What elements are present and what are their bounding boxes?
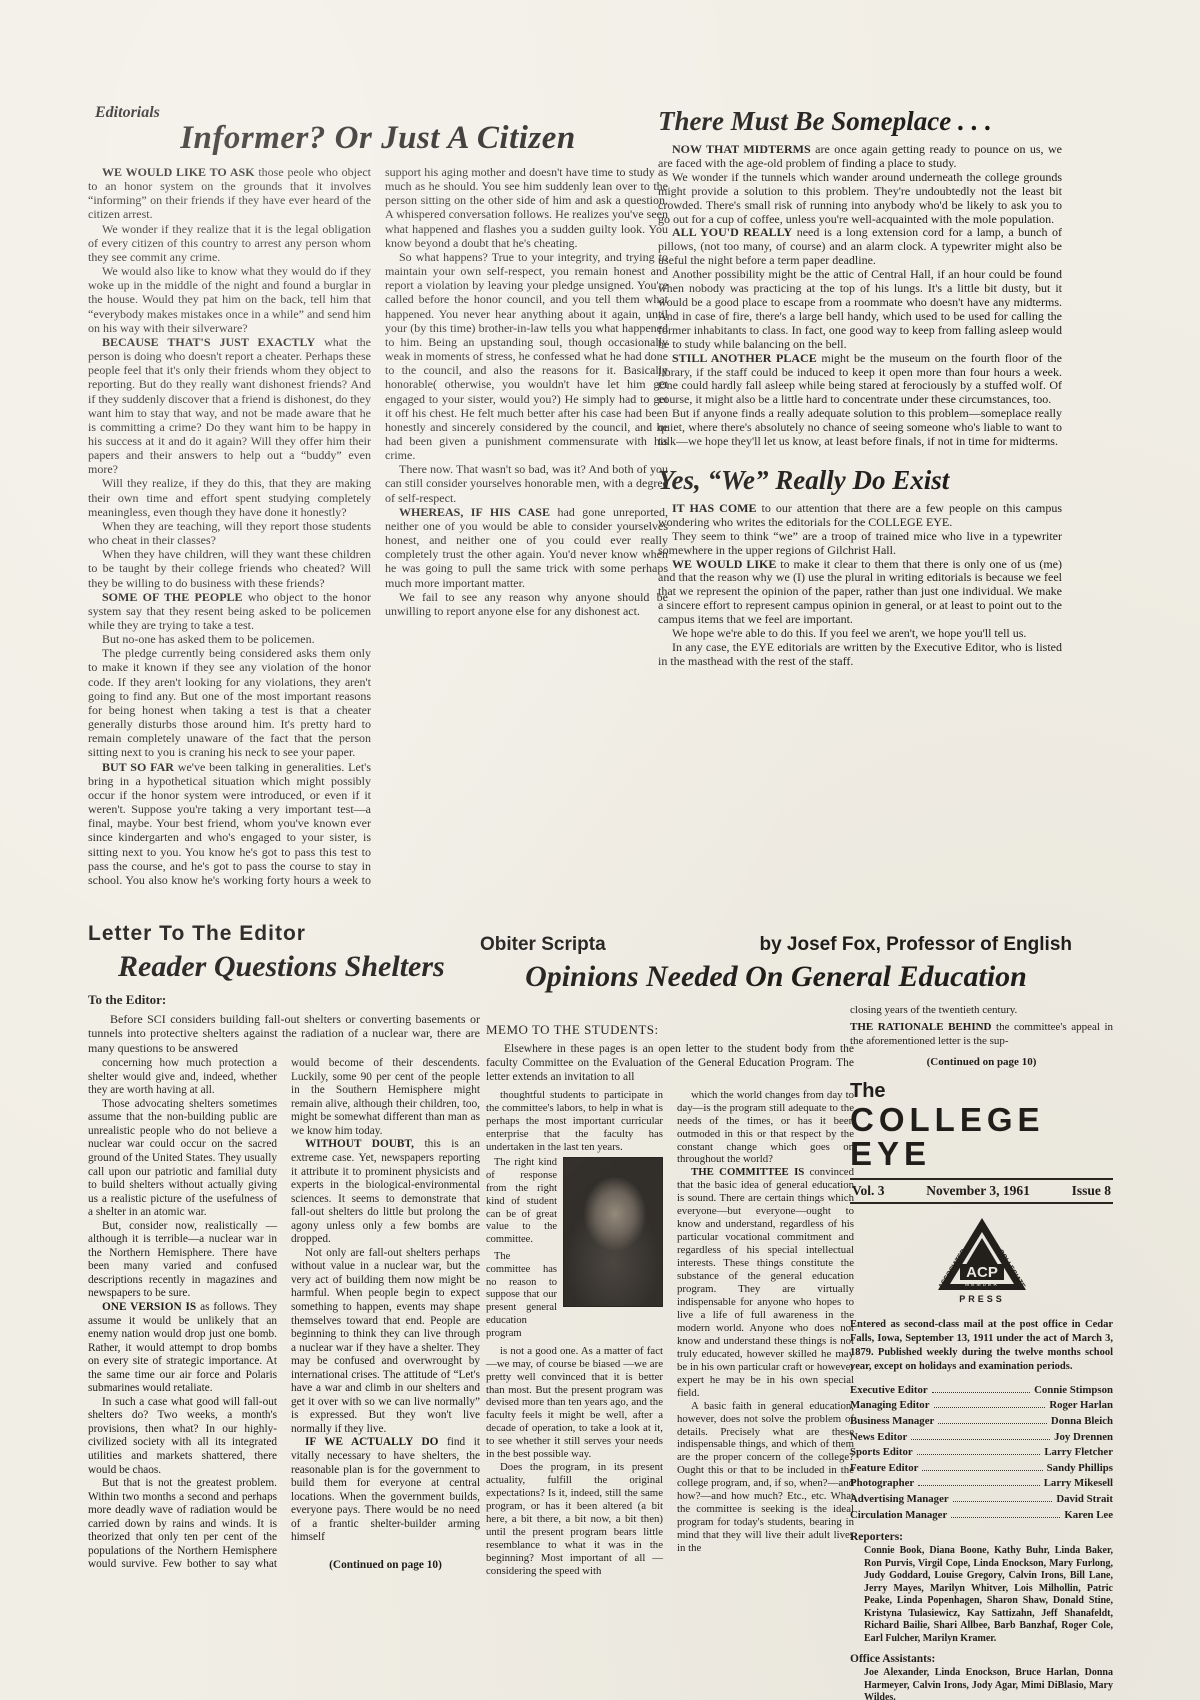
- staff-row: News EditorJoy Drennen: [850, 1430, 1113, 1446]
- paragraph: But if anyone finds a really adequate so…: [658, 407, 1062, 449]
- article-body: NOW THAT MIDTERMS are once again getting…: [658, 143, 1062, 449]
- article-yes-we: Yes, “We” Really Do Exist IT HAS COME to…: [658, 465, 1062, 669]
- paragraph: We fail to see any reason why anyone sho…: [385, 590, 668, 618]
- paragraph: Those advocating shelters sometimes assu…: [88, 1098, 277, 1220]
- date: November 3, 1961: [926, 1183, 1030, 1199]
- volume-line: Vol. 3 November 3, 1961 Issue 8: [850, 1180, 1113, 1202]
- paragraph: thoughtful students to participate in th…: [486, 1089, 663, 1154]
- letter-kicker: Letter To The Editor: [88, 922, 480, 946]
- article-opinions-body: MEMO TO THE STUDENTS: Elsewhere in these…: [486, 1022, 854, 1578]
- staff-row: Feature EditorSandy Phillips: [850, 1461, 1113, 1477]
- paragraph: is not a good one. As a matter of fact—w…: [486, 1345, 663, 1462]
- article-body: WE WOULD LIKE TO ASK those peole who obj…: [88, 165, 668, 895]
- continued-note: (Continued on page 10): [291, 1559, 480, 1573]
- paragraph: BECAUSE THAT'S JUST EXACTLY what the per…: [88, 335, 371, 477]
- paragraph: Another possibility might be the attic o…: [658, 268, 1062, 351]
- article-headline: Reader Questions Shelters: [118, 950, 480, 984]
- staff-row: Executive EditorConnie Stimpson: [850, 1383, 1113, 1399]
- opinions-columns: thoughtful students to participate in th…: [486, 1089, 854, 1578]
- article-body: IT HAS COME to our attention that there …: [658, 502, 1062, 669]
- paragraph: So what happens? True to your integrity,…: [385, 250, 668, 462]
- intro-paragraph: Elsewhere in these pages is an open lett…: [486, 1042, 854, 1085]
- opinions-column-1: thoughtful students to participate in th…: [486, 1089, 663, 1578]
- photo-row: The right kind of response from the righ…: [486, 1157, 663, 1344]
- article-letter-shelters: Letter To The Editor Reader Questions Sh…: [88, 922, 480, 1572]
- entered-as-notice: Entered as second-class mail at the post…: [850, 1318, 1113, 1375]
- svg-text:PRESS: PRESS: [959, 1294, 1005, 1304]
- continued-note: (Continued on page 10): [850, 1056, 1113, 1069]
- paragraph: They seem to think “we” are a troop of t…: [658, 530, 1062, 558]
- office-assistants-label: Office Assistants:: [850, 1653, 1113, 1665]
- salutation: To the Editor:: [88, 992, 480, 1008]
- issue: Issue 8: [1072, 1183, 1111, 1199]
- paragraph: But, consider now, realistically —althou…: [88, 1220, 277, 1301]
- opinions-byline: by Josef Fox, Professor of English: [759, 934, 1072, 956]
- svg-text:MEMBER: MEMBER: [965, 1282, 999, 1288]
- article-opinions-header: Obiter Scripta by Josef Fox, Professor o…: [480, 934, 1072, 994]
- paragraph: WE WOULD LIKE TO ASK those peole who obj…: [88, 165, 371, 222]
- opinions-column-2: which the world changes from day to day—…: [677, 1089, 854, 1578]
- acp-press-logo: ACP MEMBER ASSOCIATED COLLEGIATE PRESS: [850, 1212, 1113, 1308]
- newspaper-page: Editorials Informer? Or Just A Citizen W…: [0, 0, 1200, 1700]
- paragraph: NOW THAT MIDTERMS are once again getting…: [658, 143, 1062, 171]
- paragraph: closing years of the twentieth century.: [850, 1004, 1113, 1017]
- right-editorial-column: There Must Be Someplace . . . NOW THAT M…: [658, 106, 1062, 669]
- photo-side-text: The right kind of response from the righ…: [486, 1157, 557, 1344]
- paragraph: The right kind of response from the righ…: [486, 1157, 557, 1247]
- paragraph: THE COMMITTEE IS convinced that the basi…: [677, 1166, 854, 1399]
- paragraph: Does the program, in its present actuali…: [486, 1461, 663, 1578]
- intro-paragraph: Before SCI considers building fall-out s…: [88, 1012, 480, 1055]
- article-someplace: There Must Be Someplace . . . NOW THAT M…: [658, 106, 1062, 449]
- article-headline: Opinions Needed On General Education: [480, 960, 1072, 994]
- opinions-kicker: Obiter Scripta: [480, 934, 606, 956]
- article-headline: Yes, “We” Really Do Exist: [658, 465, 1062, 496]
- paragraph: Will they realize, if they do this, that…: [88, 476, 371, 518]
- paragraph: The pledge currently being considered as…: [88, 646, 371, 759]
- paragraph: STILL ANOTHER PLACE might be the museum …: [658, 352, 1062, 408]
- paragraph: ONE VERSION IS as follows. They assume i…: [88, 1301, 277, 1396]
- article-headline: Informer? Or Just A Citizen: [88, 120, 668, 157]
- article-informer: Informer? Or Just A Citizen WE WOULD LIK…: [88, 120, 668, 895]
- paragraph: WE WOULD LIKE to make it clear to them t…: [658, 558, 1062, 628]
- reporters-names: Connie Book, Diana Boone, Kathy Buhr, Li…: [864, 1545, 1113, 1645]
- paragraph: IT HAS COME to our attention that there …: [658, 502, 1062, 530]
- paragraph: A basic faith in general education, howe…: [677, 1400, 854, 1555]
- paragraph: In any case, the EYE editorials are writ…: [658, 641, 1062, 669]
- paragraph: We wonder if they realize that it is the…: [88, 222, 371, 264]
- paper-title: COLLEGE EYE: [850, 1103, 1113, 1172]
- paragraph: Not only are fall-out shelters perhaps w…: [291, 1247, 480, 1437]
- paragraph: concerning how much protection a shelter…: [88, 1057, 277, 1098]
- staff-row: Circulation ManagerKaren Lee: [850, 1508, 1113, 1524]
- masthead-column: closing years of the twentieth century. …: [850, 1004, 1113, 1700]
- paragraph: When they have children, will they want …: [88, 547, 371, 589]
- paragraph: The committee has no reason to suppose t…: [486, 1251, 557, 1341]
- paragraph: IF WE ACTUALLY DO find it vitally necess…: [291, 1436, 480, 1544]
- office-assistants-names: Joe Alexander, Linda Enockson, Bruce Har…: [864, 1667, 1113, 1700]
- rule: [850, 1202, 1113, 1204]
- paragraph: WHEREAS, IF HIS CASE had gone unreported…: [385, 505, 668, 590]
- svg-text:ACP: ACP: [966, 1264, 998, 1281]
- paragraph: In such a case what good will fall-out s…: [88, 1396, 277, 1477]
- paragraph: ALL YOU'D REALLY need is a long extensio…: [658, 226, 1062, 268]
- paragraph: We wonder if the tunnels which wander ar…: [658, 171, 1062, 227]
- paper-title-the: The: [850, 1080, 1113, 1103]
- paragraph: There now. That wasn't so bad, was it? A…: [385, 462, 668, 504]
- paragraph: But no-one has asked them to be policeme…: [88, 632, 371, 646]
- josef-fox-photo: [563, 1157, 663, 1307]
- staff-row: Business ManagerDonna Bleich: [850, 1414, 1113, 1430]
- article-body: concerning how much protection a shelter…: [88, 1057, 480, 1572]
- staff-row: Sports EditorLarry Fletcher: [850, 1445, 1113, 1461]
- paragraph: THE RATIONALE BEHIND the committee's app…: [850, 1021, 1113, 1048]
- paragraph: WITHOUT DOUBT, this is an extreme case. …: [291, 1138, 480, 1246]
- paragraph: When they are teaching, will they report…: [88, 519, 371, 547]
- volume: Vol. 3: [852, 1183, 885, 1199]
- staff-row: Advertising ManagerDavid Strait: [850, 1492, 1113, 1508]
- staff-list: Executive EditorConnie Stimpson Managing…: [850, 1383, 1113, 1524]
- staff-row: Managing EditorRoger Harlan: [850, 1398, 1113, 1414]
- paragraph: We would also like to know what they wou…: [88, 264, 371, 335]
- paragraph: which the world changes from day to day—…: [677, 1089, 854, 1167]
- paragraph: We hope we're able to do this. If you fe…: [658, 627, 1062, 641]
- opinions-kicker-row: Obiter Scripta by Josef Fox, Professor o…: [480, 934, 1072, 956]
- paragraph: SOME OF THE PEOPLE who object to the hon…: [88, 590, 371, 632]
- memo-line: MEMO TO THE STUDENTS:: [486, 1022, 854, 1038]
- reporters-label: Reporters:: [850, 1531, 1113, 1543]
- staff-row: PhotographerLarry Mikesell: [850, 1476, 1113, 1492]
- article-headline: There Must Be Someplace . . .: [658, 106, 1062, 137]
